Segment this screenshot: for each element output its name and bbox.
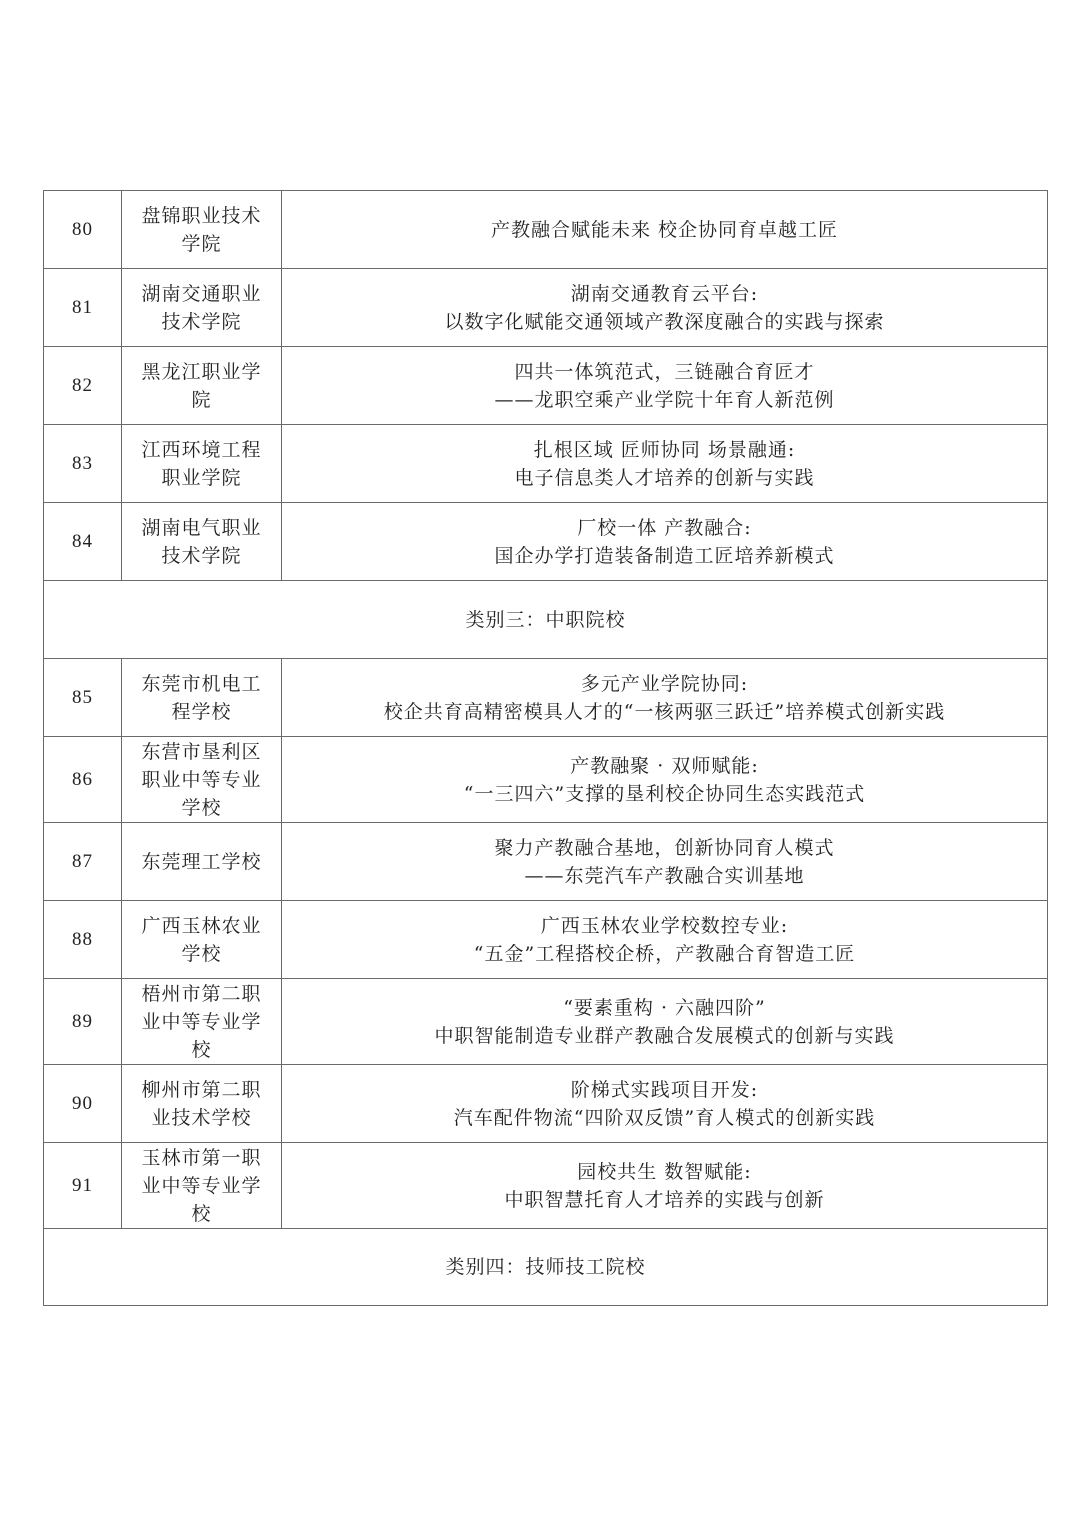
row-number: 90 — [44, 1065, 122, 1143]
awards-table: 80 盘锦职业技术学院 产教融合赋能未来 校企协同育卓越工匠 81 湖南交通职业… — [43, 190, 1048, 1306]
table-row: 80 盘锦职业技术学院 产教融合赋能未来 校企协同育卓越工匠 — [44, 191, 1048, 269]
row-number: 87 — [44, 823, 122, 901]
table-row: 91 玉林市第一职业中等专业学校 园校共生 数智赋能:中职智慧托育人才培养的实践… — [44, 1143, 1048, 1229]
row-number: 88 — [44, 901, 122, 979]
project-title: 湖南交通教育云平台:以数字化赋能交通领域产教深度融合的实践与探索 — [282, 269, 1048, 347]
school-name: 黑龙江职业学院 — [122, 347, 282, 425]
project-title: 四共一体筑范式，三链融合育匠才——龙职空乘产业学院十年育人新范例 — [282, 347, 1048, 425]
table-row: 86 东营市垦利区职业中等专业学校 产教融聚 · 双师赋能:“一三四六”支撑的垦… — [44, 737, 1048, 823]
school-name: 湖南电气职业技术学院 — [122, 503, 282, 581]
table-row: 88 广西玉林农业学校 广西玉林农业学校数控专业:“五金”工程搭校企桥，产教融合… — [44, 901, 1048, 979]
school-name: 江西环境工程职业学院 — [122, 425, 282, 503]
project-title: 广西玉林农业学校数控专业:“五金”工程搭校企桥，产教融合育智造工匠 — [282, 901, 1048, 979]
table-row: 81 湖南交通职业技术学院 湖南交通教育云平台:以数字化赋能交通领域产教深度融合… — [44, 269, 1048, 347]
row-number: 83 — [44, 425, 122, 503]
school-name: 东莞市机电工程学校 — [122, 659, 282, 737]
row-number: 89 — [44, 979, 122, 1065]
school-name: 广西玉林农业学校 — [122, 901, 282, 979]
row-number: 80 — [44, 191, 122, 269]
school-name: 东营市垦利区职业中等专业学校 — [122, 737, 282, 823]
school-name: 玉林市第一职业中等专业学校 — [122, 1143, 282, 1229]
table-row: 85 东莞市机电工程学校 多元产业学院协同:校企共育高精密模具人才的“一核两驱三… — [44, 659, 1048, 737]
table-row: 87 东莞理工学校 聚力产教融合基地，创新协同育人模式——东莞汽车产教融合实训基… — [44, 823, 1048, 901]
school-name: 梧州市第二职业中等专业学校 — [122, 979, 282, 1065]
category-heading: 类别三：中职院校 — [44, 581, 1048, 659]
project-title: 扎根区域 匠师协同 场景融通:电子信息类人才培养的创新与实践 — [282, 425, 1048, 503]
table-row: 90 柳州市第二职业技术学校 阶梯式实践项目开发:汽车配件物流“四阶双反馈”育人… — [44, 1065, 1048, 1143]
row-number: 82 — [44, 347, 122, 425]
school-name: 柳州市第二职业技术学校 — [122, 1065, 282, 1143]
project-title: 聚力产教融合基地，创新协同育人模式——东莞汽车产教融合实训基地 — [282, 823, 1048, 901]
row-number: 86 — [44, 737, 122, 823]
table-row: 82 黑龙江职业学院 四共一体筑范式，三链融合育匠才——龙职空乘产业学院十年育人… — [44, 347, 1048, 425]
row-number: 84 — [44, 503, 122, 581]
row-number: 81 — [44, 269, 122, 347]
project-title: 园校共生 数智赋能:中职智慧托育人才培养的实践与创新 — [282, 1143, 1048, 1229]
school-name: 东莞理工学校 — [122, 823, 282, 901]
category-row: 类别三：中职院校 — [44, 581, 1048, 659]
project-title: 阶梯式实践项目开发:汽车配件物流“四阶双反馈”育人模式的创新实践 — [282, 1065, 1048, 1143]
table-row: 83 江西环境工程职业学院 扎根区域 匠师协同 场景融通:电子信息类人才培养的创… — [44, 425, 1048, 503]
project-title: 多元产业学院协同:校企共育高精密模具人才的“一核两驱三跃迁”培养模式创新实践 — [282, 659, 1048, 737]
project-title: “要素重构 · 六融四阶”中职智能制造专业群产教融合发展模式的创新与实践 — [282, 979, 1048, 1065]
project-title: 厂校一体 产教融合:国企办学打造装备制造工匠培养新模式 — [282, 503, 1048, 581]
project-title: 产教融聚 · 双师赋能:“一三四六”支撑的垦利校企协同生态实践范式 — [282, 737, 1048, 823]
project-title: 产教融合赋能未来 校企协同育卓越工匠 — [282, 191, 1048, 269]
table-row: 89 梧州市第二职业中等专业学校 “要素重构 · 六融四阶”中职智能制造专业群产… — [44, 979, 1048, 1065]
school-name: 盘锦职业技术学院 — [122, 191, 282, 269]
category-heading: 类别四：技师技工院校 — [44, 1229, 1048, 1306]
table-row: 84 湖南电气职业技术学院 厂校一体 产教融合:国企办学打造装备制造工匠培养新模… — [44, 503, 1048, 581]
row-number: 85 — [44, 659, 122, 737]
category-row: 类别四：技师技工院校 — [44, 1229, 1048, 1306]
row-number: 91 — [44, 1143, 122, 1229]
school-name: 湖南交通职业技术学院 — [122, 269, 282, 347]
